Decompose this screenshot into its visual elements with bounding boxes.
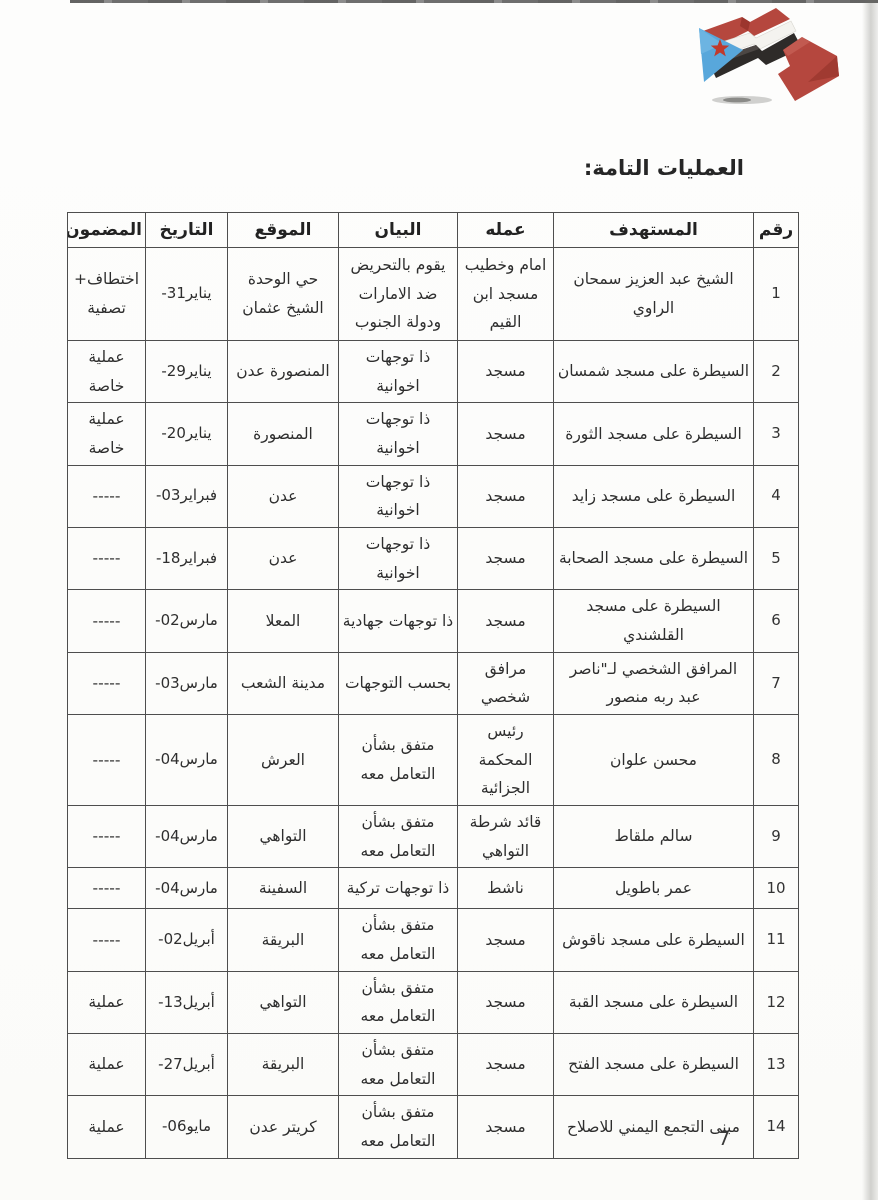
cell-content: عملية (68, 971, 146, 1033)
cell-location: كريتر عدن (228, 1096, 339, 1158)
page-title: العمليات التامة: (584, 156, 744, 180)
cell-num: 6 (754, 590, 799, 652)
cell-statement: متفق بشأن التعامل معه (339, 971, 458, 1033)
table-row: 10عمر باطويلناشطذا توجهات تركيةالسفينة-0… (68, 868, 799, 909)
cell-date: -03مارس (146, 652, 228, 714)
cell-num: 10 (754, 868, 799, 909)
cell-location: البريقة (228, 1034, 339, 1096)
table-body: 1الشيخ عبد العزيز سمحان الراويامام وخطيب… (68, 248, 799, 1159)
cell-target: السيطرة على مسجد الصحابة (554, 528, 754, 590)
table-row: 4السيطرة على مسجد زايدمسجدذا توجهات اخوا… (68, 465, 799, 527)
column-header-num: رقم (754, 213, 799, 248)
cell-date: -02مارس (146, 590, 228, 652)
cell-target: المرافق الشخصي لـ"ناصر عبد ربه منصور (554, 652, 754, 714)
cell-location: عدن (228, 528, 339, 590)
column-header-content: المضمون (68, 213, 146, 248)
cell-job: مسجد (458, 528, 554, 590)
cell-num: 7 (754, 652, 799, 714)
table-header-row: رقمالمستهدفعملهالبيانالموقعالتاريخالمضمو… (68, 213, 799, 248)
cell-target: سالم ملقاط (554, 806, 754, 868)
cell-target: السيطرة على مسجد القلشندي (554, 590, 754, 652)
cell-date: -13أبريل (146, 971, 228, 1033)
cell-job: مسجد (458, 590, 554, 652)
cell-job: مسجد (458, 1096, 554, 1158)
cell-location: التواهي (228, 806, 339, 868)
cell-num: 9 (754, 806, 799, 868)
table-row: 11السيطرة على مسجد ناقوشمسجدمتفق بشأن ال… (68, 909, 799, 971)
cell-statement: ذا توجهات جهادية (339, 590, 458, 652)
cell-location: السفينة (228, 868, 339, 909)
cell-content: ----- (68, 590, 146, 652)
cell-statement: ذا توجهات اخوانية (339, 465, 458, 527)
cell-date: -06مايو (146, 1096, 228, 1158)
table-row: 1الشيخ عبد العزيز سمحان الراويامام وخطيب… (68, 248, 799, 341)
cell-date: -29يناير (146, 341, 228, 403)
cell-date: -04مارس (146, 868, 228, 909)
cell-location: التواهي (228, 971, 339, 1033)
cell-content: اختطاف+ تصفية (68, 248, 146, 341)
cell-statement: ذا توجهات اخوانية (339, 403, 458, 465)
cell-date: -04مارس (146, 715, 228, 806)
table-row: 8محسن علوانرئيس المحكمة الجزائيةمتفق بشأ… (68, 715, 799, 806)
logo-south-yemen-flag-arrow (690, 4, 850, 116)
cell-content: ----- (68, 528, 146, 590)
cell-target: الشيخ عبد العزيز سمحان الراوي (554, 248, 754, 341)
table-row: 14مبنى التجمع اليمني للاصلاحمسجدمتفق بشأ… (68, 1096, 799, 1158)
cell-num: 14 (754, 1096, 799, 1158)
cell-job: مرافق شخصي (458, 652, 554, 714)
cell-date: -04مارس (146, 806, 228, 868)
cell-statement: متفق بشأن التعامل معه (339, 806, 458, 868)
cell-location: عدن (228, 465, 339, 527)
page-number: 7 (714, 1128, 734, 1150)
document-page: العمليات التامة: رقمالمستهدفعملهالبيانال… (0, 0, 878, 1200)
cell-job: قائد شرطة التواهي (458, 806, 554, 868)
table-row: 9سالم ملقاطقائد شرطة التواهيمتفق بشأن ال… (68, 806, 799, 868)
logo-shadow (712, 96, 772, 104)
cell-num: 4 (754, 465, 799, 527)
cell-statement: ذا توجهات تركية (339, 868, 458, 909)
cell-date: -27أبريل (146, 1034, 228, 1096)
cell-content: عملية (68, 1096, 146, 1158)
cell-target: السيطرة على مسجد ناقوش (554, 909, 754, 971)
cell-statement: بحسب التوجهات (339, 652, 458, 714)
cell-content: ----- (68, 715, 146, 806)
cell-content: عملية (68, 1034, 146, 1096)
cell-statement: متفق بشأن التعامل معه (339, 1034, 458, 1096)
cell-statement: متفق بشأن التعامل معه (339, 909, 458, 971)
cell-num: 1 (754, 248, 799, 341)
cell-num: 12 (754, 971, 799, 1033)
cell-target: محسن علوان (554, 715, 754, 806)
table-row: 6السيطرة على مسجد القلشنديمسجدذا توجهات … (68, 590, 799, 652)
table-row: 13السيطرة على مسجد الفتحمسجدمتفق بشأن ال… (68, 1034, 799, 1096)
cell-target: السيطرة على مسجد شمسان (554, 341, 754, 403)
cell-target: عمر باطويل (554, 868, 754, 909)
cell-date: -31يناير (146, 248, 228, 341)
table-row: 3السيطرة على مسجد الثورةمسجدذا توجهات اخ… (68, 403, 799, 465)
cell-location: العرش (228, 715, 339, 806)
cell-content: ----- (68, 909, 146, 971)
cell-job: مسجد (458, 1034, 554, 1096)
cell-location: مدينة الشعب (228, 652, 339, 714)
cell-target: السيطرة على مسجد زايد (554, 465, 754, 527)
cell-num: 11 (754, 909, 799, 971)
cell-statement: متفق بشأن التعامل معه (339, 1096, 458, 1158)
cell-content: ----- (68, 465, 146, 527)
cell-statement: متفق بشأن التعامل معه (339, 715, 458, 806)
cell-num: 3 (754, 403, 799, 465)
cell-target: السيطرة على مسجد الفتح (554, 1034, 754, 1096)
cell-statement: يقوم بالتحريض ضد الامارات ودولة الجنوب (339, 248, 458, 341)
cell-job: مسجد (458, 341, 554, 403)
cell-target: السيطرة على مسجد الثورة (554, 403, 754, 465)
cell-content: عملية خاصة (68, 403, 146, 465)
column-header-statement: البيان (339, 213, 458, 248)
cell-job: مسجد (458, 909, 554, 971)
cell-target: السيطرة على مسجد القبة (554, 971, 754, 1033)
cell-date: -03فبراير (146, 465, 228, 527)
cell-job: امام وخطيب مسجد ابن القيم (458, 248, 554, 341)
cell-content: ----- (68, 868, 146, 909)
cell-location: المنصورة (228, 403, 339, 465)
cell-content: ----- (68, 652, 146, 714)
cell-content: عملية خاصة (68, 341, 146, 403)
cell-location: المنصورة عدن (228, 341, 339, 403)
cell-num: 8 (754, 715, 799, 806)
table-row: 5السيطرة على مسجد الصحابةمسجدذا توجهات ا… (68, 528, 799, 590)
table-row: 12السيطرة على مسجد القبةمسجدمتفق بشأن ال… (68, 971, 799, 1033)
scan-edge-top (70, 0, 878, 3)
column-header-job: عمله (458, 213, 554, 248)
cell-statement: ذا توجهات اخوانية (339, 341, 458, 403)
cell-job: ناشط (458, 868, 554, 909)
cell-num: 13 (754, 1034, 799, 1096)
cell-location: المعلا (228, 590, 339, 652)
cell-date: -20يناير (146, 403, 228, 465)
cell-num: 2 (754, 341, 799, 403)
cell-date: -02أبريل (146, 909, 228, 971)
column-header-location: الموقع (228, 213, 339, 248)
cell-statement: ذا توجهات اخوانية (339, 528, 458, 590)
cell-num: 5 (754, 528, 799, 590)
cell-job: رئيس المحكمة الجزائية (458, 715, 554, 806)
cell-job: مسجد (458, 971, 554, 1033)
cell-location: حي الوحدة الشيخ عثمان (228, 248, 339, 341)
cell-date: -18فبراير (146, 528, 228, 590)
table-row: 2السيطرة على مسجد شمسانمسجدذا توجهات اخو… (68, 341, 799, 403)
scan-edge-right (862, 0, 878, 1200)
cell-job: مسجد (458, 465, 554, 527)
logo-graphic (690, 4, 850, 116)
operations-table: رقمالمستهدفعملهالبيانالموقعالتاريخالمضمو… (67, 212, 799, 1159)
cell-content: ----- (68, 806, 146, 868)
cell-location: البريقة (228, 909, 339, 971)
column-header-target: المستهدف (554, 213, 754, 248)
column-header-date: التاريخ (146, 213, 228, 248)
cell-job: مسجد (458, 403, 554, 465)
table-row: 7المرافق الشخصي لـ"ناصر عبد ربه منصورمرا… (68, 652, 799, 714)
